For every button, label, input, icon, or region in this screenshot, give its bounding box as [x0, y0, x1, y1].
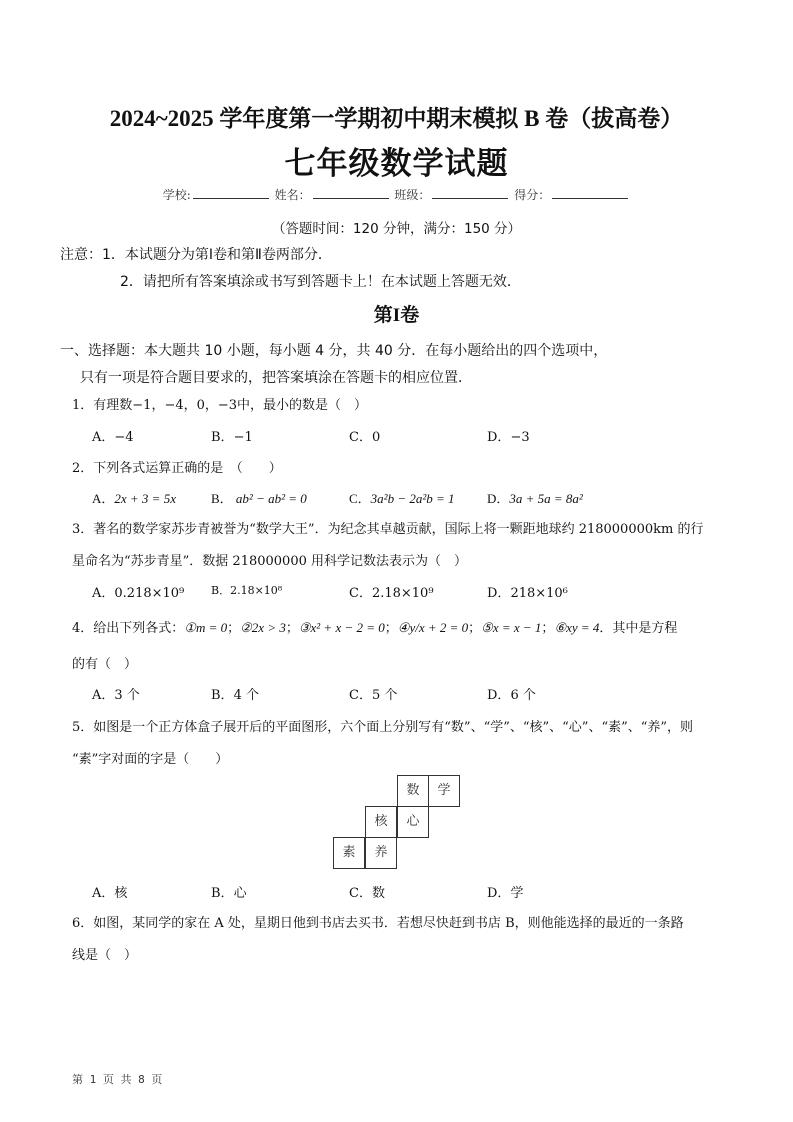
note-text-1: 1．本试题分为第Ⅰ卷和第Ⅱ卷两部分． [102, 247, 332, 263]
note-item-1: 注意：1．本试题分为第Ⅰ卷和第Ⅱ卷两部分． [60, 244, 332, 264]
option-value: 2.18×10⁹ [372, 586, 434, 601]
net-cell-yang: 养 [365, 837, 397, 869]
question-5-line-2: “素”字对面的字是（ ） [72, 748, 228, 767]
option-value: 3 个 [114, 688, 139, 703]
question-text-suffix: ．其中是方程 [599, 621, 677, 636]
option-value: −3 [510, 430, 529, 445]
net-cell-su: 素 [333, 837, 365, 869]
cube-net-figure: 数 学 核 心 素 养 [333, 775, 461, 871]
expression-3: ③x² + x − 2 = 0 [299, 620, 385, 635]
option-label: B． [211, 584, 230, 597]
option-label: C． [349, 491, 371, 506]
student-info-line: 学校: 姓名： 班级： 得分： [0, 186, 793, 203]
page-footer: 第 1 页 共 8 页 [72, 1071, 162, 1087]
net-cell-xue: 学 [428, 775, 460, 807]
option-value: 数 [372, 886, 385, 901]
expression-1: ①m = 0 [184, 620, 227, 635]
question-number: 6． [72, 916, 93, 931]
option-label: C． [349, 688, 372, 703]
question-3-line-1: 3．著名的数学家苏步青被誉为“数学大王”．为纪念其卓越贡献，国际上将一颗距地球约… [72, 518, 703, 537]
q5-option-c[interactable]: C．数 [349, 882, 385, 901]
question-6-line-2: 线是（ ） [72, 944, 137, 963]
option-value: 3a²b − 2a²b = 1 [371, 491, 455, 506]
option-label: C． [349, 886, 372, 901]
option-value: 6 个 [510, 688, 535, 703]
option-value: 4 个 [234, 688, 259, 703]
net-cell-shu: 数 [397, 775, 429, 807]
option-value: 0.218×10⁹ [114, 586, 184, 601]
question-6-line-1: 6．如图，某同学的家在 A 处，星期日他到书店去买书．若想尽快赶到书店 B，则他… [72, 912, 684, 931]
option-value: 5 个 [372, 688, 397, 703]
q1-option-c[interactable]: C．0 [349, 426, 380, 445]
name-field[interactable] [313, 186, 389, 199]
option-value: −4 [114, 430, 133, 445]
option-label: A． [92, 688, 114, 703]
option-label: D． [487, 688, 510, 703]
expression-2: ②2x > 3 [240, 620, 286, 635]
q1-option-d[interactable]: D．−3 [487, 426, 530, 445]
class-label: 班级： [394, 188, 430, 202]
net-cell-xin: 心 [397, 806, 429, 838]
question-text: 著名的数学家苏步青被誉为“数学大王”．为纪念其卓越贡献，国际上将一颗距地球约 2… [93, 522, 703, 537]
option-label: D． [487, 430, 510, 445]
expression-6: ⑥xy = 4 [554, 620, 599, 635]
option-label: C． [349, 430, 372, 445]
option-label: A． [92, 586, 114, 601]
q5-option-d[interactable]: D．学 [487, 882, 523, 901]
option-value: 2.18×10⁸ [230, 584, 282, 597]
option-value: ab² − ab² = 0 [236, 491, 307, 506]
option-label: B． [211, 886, 234, 901]
question-number: 2． [72, 461, 93, 476]
question-number: 4． [72, 621, 93, 636]
q3-option-b[interactable]: B．2.18×10⁸ [211, 582, 282, 598]
question-text: 如图，某同学的家在 A 处，星期日他到书店去买书．若想尽快赶到书店 B，则他能选… [93, 916, 683, 931]
q5-option-a[interactable]: A．核 [92, 882, 127, 901]
question-text: 给出下列各式： [93, 621, 184, 636]
question-4-line-1: 4．给出下列各式：①m = 0；②2x > 3；③x² + x − 2 = 0；… [72, 617, 677, 636]
q2-option-d[interactable]: D．3a + 5a = 8a² [487, 488, 583, 507]
question-2: 2．下列各式运算正确的是 （ ） [72, 457, 282, 476]
expression-5: ⑤x = x − 1 [481, 620, 541, 635]
option-value: 0 [372, 430, 380, 445]
option-label: D． [487, 491, 509, 506]
section-heading-line-2: 只有一项是符合题目要求的，把答案填涂在答题卡的相应位置． [80, 367, 472, 387]
option-label: B． [211, 688, 234, 703]
school-label: 学校: [163, 188, 191, 202]
score-label: 得分： [514, 188, 550, 202]
note-prefix: 注意： [60, 247, 102, 263]
q5-option-b[interactable]: B．心 [211, 882, 247, 901]
q1-option-b[interactable]: B．−1 [211, 426, 253, 445]
question-text: 如图是一个正方体盒子展开后的平面图形，六个面上分别写有“数”、“学”、“核”、“… [93, 720, 693, 735]
section-heading-line-1: 一、选择题：本大题共 10 小题，每小题 4 分，共 40 分．在每小题给出的四… [60, 340, 607, 360]
question-number: 1． [72, 398, 93, 413]
expression-4: ④y/x + 2 = 0 [398, 620, 468, 635]
name-label: 姓名： [275, 188, 311, 202]
question-number: 3． [72, 522, 93, 537]
score-field[interactable] [552, 186, 628, 199]
q4-option-a[interactable]: A．3 个 [92, 684, 140, 703]
option-label: A． [92, 886, 114, 901]
q2-option-b[interactable]: B． ab² − ab² = 0 [211, 488, 307, 507]
school-field[interactable] [193, 186, 269, 199]
exam-title: 2024~2025 学年度第一学期初中期末模拟 B 卷（拔高卷） [0, 100, 793, 133]
question-number: 5． [72, 720, 93, 735]
question-1: 1．有理数−1，−4，0，−3中，最小的数是（ ） [72, 394, 367, 413]
q3-option-c[interactable]: C．2.18×10⁹ [349, 582, 434, 601]
q3-option-d[interactable]: D．218×10⁶ [487, 582, 568, 601]
question-5-line-1: 5．如图是一个正方体盒子展开后的平面图形，六个面上分别写有“数”、“学”、“核”… [72, 716, 693, 735]
net-cell-he: 核 [365, 806, 397, 838]
class-field[interactable] [432, 186, 508, 199]
option-label: B． [211, 491, 233, 506]
q4-option-d[interactable]: D．6 个 [487, 684, 536, 703]
option-value: 218×10⁶ [510, 586, 567, 601]
q3-option-a[interactable]: A．0.218×10⁹ [92, 582, 184, 601]
q1-option-a[interactable]: A．−4 [92, 426, 134, 445]
option-label: B． [211, 430, 234, 445]
option-value: 3a + 5a = 8a² [509, 491, 582, 506]
question-4-line-2: 的有（ ） [72, 653, 137, 672]
option-value: 核 [114, 886, 127, 901]
note-item-2: 2．请把所有答案填涂或书写到答题卡上！在本试题上答题无效． [120, 271, 521, 291]
option-value: 心 [234, 886, 247, 901]
question-text: 有理数−1，−4，0，−3中，最小的数是（ ） [93, 398, 367, 413]
option-label: C． [349, 586, 372, 601]
q4-option-b[interactable]: B．4 个 [211, 684, 259, 703]
option-value: 学 [510, 886, 523, 901]
q4-option-c[interactable]: C．5 个 [349, 684, 397, 703]
q2-option-c[interactable]: C．3a²b − 2a²b = 1 [349, 488, 455, 507]
volume-title: 第I卷 [0, 300, 793, 327]
question-3-line-2: 星命名为“苏步青星”．数据 218000000 用科学记数法表示为（ ） [72, 550, 467, 569]
exam-subtitle: 七年级数学试题 [0, 138, 793, 183]
option-label: A． [92, 491, 114, 506]
option-value: −1 [234, 430, 253, 445]
option-label: D． [487, 586, 510, 601]
option-value: 2x + 3 = 5x [114, 491, 176, 506]
option-label: A． [92, 430, 114, 445]
q2-option-a[interactable]: A．2x + 3 = 5x [92, 488, 176, 507]
time-note: （答题时间：120 分钟，满分：150 分） [0, 217, 793, 237]
question-text: 下列各式运算正确的是 （ ） [93, 461, 282, 476]
option-label: D． [487, 886, 510, 901]
